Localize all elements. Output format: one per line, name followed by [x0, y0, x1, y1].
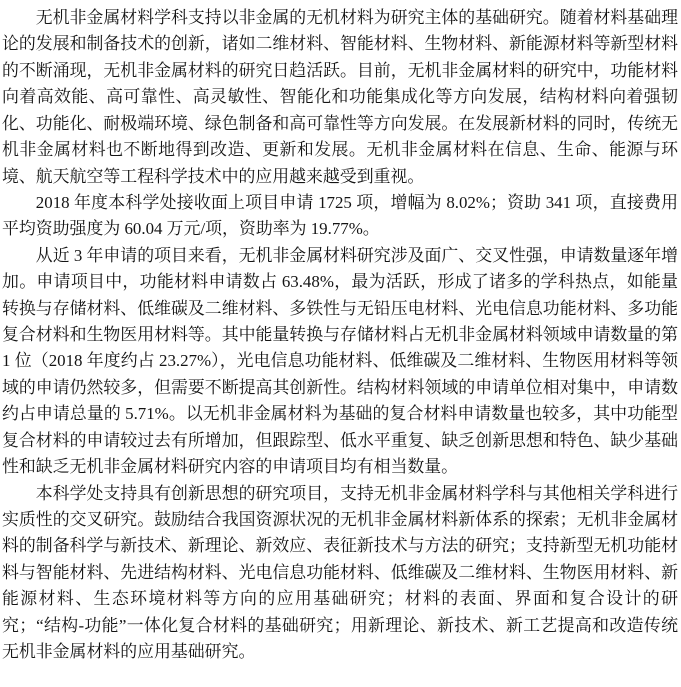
paragraph-application-trends: 从近 3 年申请的项目来看，无机非金属材料研究涉及面广、交叉性强，申请数量逐年增… — [2, 243, 678, 481]
paragraph-overview: 无机非金属材料学科支持以非金属的无机材料为研究主体的基础研究。随着材料基础理论的… — [2, 5, 678, 190]
paragraph-supported-directions: 本科学处支持具有创新思想的研究项目，支持无机非金属材料学科与其他相关学科进行实质… — [2, 481, 678, 666]
paragraph-2018-statistics: 2018 年度本科学处接收面上项目申请 1725 项，增幅为 8.02%；资助 … — [2, 190, 678, 243]
document-page: 无机非金属材料学科支持以非金属的无机材料为研究主体的基础研究。随着材料基础理论的… — [0, 0, 681, 687]
